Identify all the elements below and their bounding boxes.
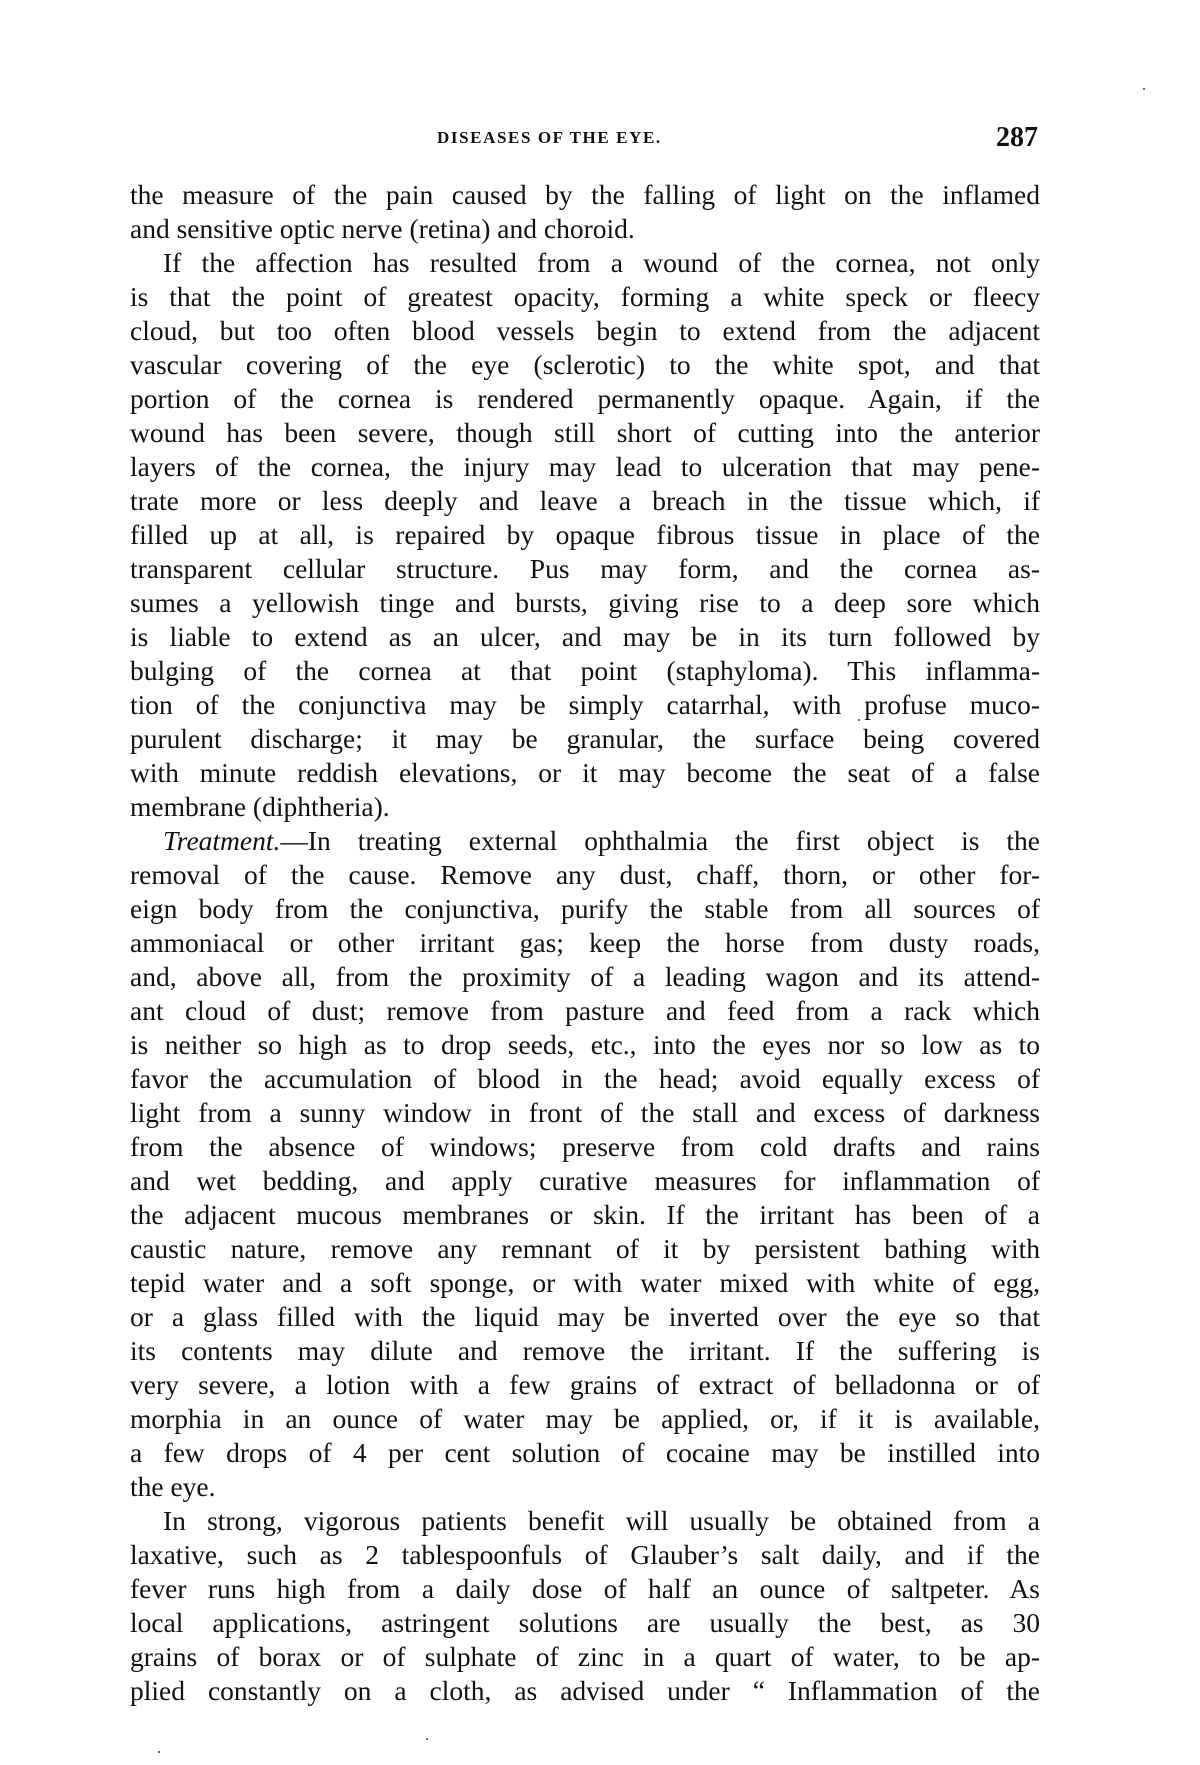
text-line: removal of the cause. Remove any dust, c…	[130, 858, 1040, 892]
text-line: cloud, but too often blood vessels begin…	[130, 314, 1040, 348]
text-line: a few drops of 4 per cent solution of co…	[130, 1436, 1040, 1470]
text-line: tepid water and a soft sponge, or with w…	[130, 1266, 1040, 1300]
text-line: is liable to extend as an ulcer, and may…	[130, 620, 1040, 654]
running-title: Diseases of the Eye.	[437, 128, 662, 148]
paragraph-treatment: Treatment.—In treating external ophthalm…	[130, 824, 1040, 1504]
running-head: Diseases of the Eye. 287	[130, 126, 1040, 156]
paragraph: In strong, vigorous patients benefit wil…	[130, 1504, 1040, 1708]
text-line: ant cloud of dust; remove from pasture a…	[130, 994, 1040, 1028]
text-line: the measure of the pain caused by the fa…	[130, 178, 1040, 212]
text-line: layers of the cornea, the injury may lea…	[130, 450, 1040, 484]
scan-speck	[1143, 88, 1145, 90]
body-text: the measure of the pain caused by the fa…	[130, 178, 1040, 1708]
scan-speck	[426, 1738, 428, 1740]
text-line: membrane (diphtheria).	[130, 790, 1040, 824]
text-line: Treatment.—In treating external ophthalm…	[130, 824, 1040, 858]
treatment-heading: Treatment.	[163, 825, 280, 856]
text-line: purulent discharge; it may be granular, …	[130, 722, 1040, 756]
text-line: the eye.	[130, 1470, 1040, 1504]
text-line: In strong, vigorous patients benefit wil…	[130, 1504, 1040, 1538]
text-line: morphia in an ounce of water may be appl…	[130, 1402, 1040, 1436]
page-number: 287	[996, 122, 1038, 154]
text-line: portion of the cornea is rendered perman…	[130, 382, 1040, 416]
paragraph: If the affection has resulted from a wou…	[130, 246, 1040, 824]
text-line: transparent cellular structure. Pus may …	[130, 552, 1040, 586]
text-line: vascular covering of the eye (sclerotic)…	[130, 348, 1040, 382]
text-line: sumes a yellowish tinge and bursts, givi…	[130, 586, 1040, 620]
text-line: the adjacent mucous membranes or skin. I…	[130, 1198, 1040, 1232]
text-run: —In treating external ophthalmia the fir…	[280, 825, 1040, 856]
text-line: or a glass filled with the liquid may be…	[130, 1300, 1040, 1334]
text-line: If the affection has resulted from a wou…	[130, 246, 1040, 280]
text-line: tion of the conjunctiva may be simply ca…	[130, 688, 1040, 722]
text-line: from the absence of windows; preserve fr…	[130, 1130, 1040, 1164]
text-line: is neither so high as to drop seeds, etc…	[130, 1028, 1040, 1062]
text-line: plied constantly on a cloth, as advised …	[130, 1674, 1040, 1708]
text-line: fever runs high from a daily dose of hal…	[130, 1572, 1040, 1606]
text-line: local applications, astringent solutions…	[130, 1606, 1040, 1640]
text-line: caustic nature, remove any remnant of it…	[130, 1232, 1040, 1266]
text-line: and wet bedding, and apply curative meas…	[130, 1164, 1040, 1198]
text-line: bulging of the cornea at that point (sta…	[130, 654, 1040, 688]
text-line: wound has been severe, though still shor…	[130, 416, 1040, 450]
text-line: eign body from the conjunctiva, purify t…	[130, 892, 1040, 926]
text-line: grains of borax or of sulphate of zinc i…	[130, 1640, 1040, 1674]
paragraph: the measure of the pain caused by the fa…	[130, 178, 1040, 246]
text-line: and sensitive optic nerve (retina) and c…	[130, 212, 1040, 246]
text-line: and, above all, from the proximity of a …	[130, 960, 1040, 994]
text-line: is that the point of greatest opacity, f…	[130, 280, 1040, 314]
text-line: laxative, such as 2 tablespoonfuls of Gl…	[130, 1538, 1040, 1572]
text-line: filled up at all, is repaired by opaque …	[130, 518, 1040, 552]
text-line: ammoniacal or other irritant gas; keep t…	[130, 926, 1040, 960]
text-line: light from a sunny window in front of th…	[130, 1096, 1040, 1130]
scan-speck	[858, 719, 860, 721]
text-line: trate more or less deeply and leave a br…	[130, 484, 1040, 518]
text-line: its contents may dilute and remove the i…	[130, 1334, 1040, 1368]
text-line: very severe, a lotion with a few grains …	[130, 1368, 1040, 1402]
text-line: with minute reddish elevations, or it ma…	[130, 756, 1040, 790]
scan-speck	[158, 1751, 160, 1753]
text-line: favor the accumulation of blood in the h…	[130, 1062, 1040, 1096]
